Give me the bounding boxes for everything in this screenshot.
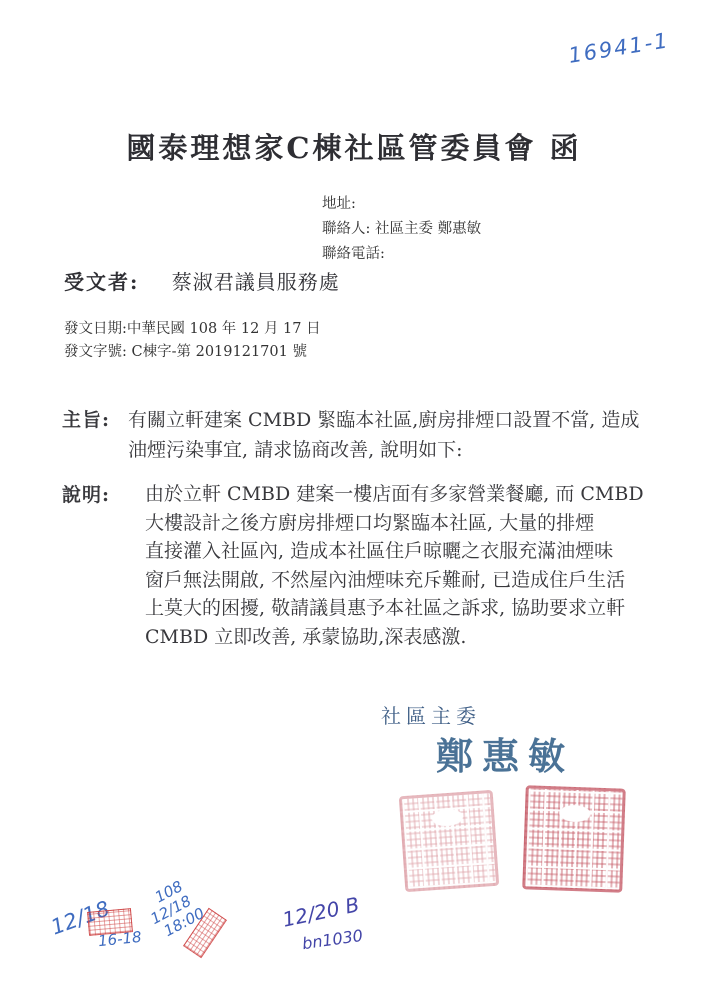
recipient-line: 受文者: 蔡淑君議員服務處	[64, 266, 340, 295]
address-line: 地址:	[322, 192, 481, 217]
subject-label: 主旨:	[62, 405, 110, 432]
recipient-label: 受文者:	[64, 270, 139, 294]
doc-number-line: 發文字號: C棟字-第 2019121701 號	[64, 341, 321, 364]
subject-text: 有關立軒建案 CMBD 緊臨本社區,廚房排煙口設置不當, 造成 油煙污染事宜, …	[128, 405, 639, 465]
subject-section: 主旨: 有關立軒建案 CMBD 緊臨本社區,廚房排煙口設置不當, 造成 油煙污染…	[62, 405, 639, 465]
letter-title: 國泰理想家C棟社區管委員會 函	[0, 126, 708, 167]
body-line: CMBD 立即改善, 承蒙協助,深表感激.	[145, 623, 644, 652]
body-line: 窗戶無法開啟, 不然屋內油煙味充斥難耐, 已造成住戶生活	[145, 566, 644, 595]
explanation-label: 說明:	[62, 480, 110, 507]
body-line: 上莫大的困擾, 敬請議員惠予本社區之訴求, 協助要求立軒	[145, 594, 644, 623]
handwritten-middle-note-scribble: bn1030	[301, 926, 364, 953]
subject-line: 有關立軒建案 CMBD 緊臨本社區,廚房排煙口設置不當, 造成	[128, 405, 639, 435]
red-name-stamp	[87, 908, 133, 936]
scanned-letter-page: 16941-1 國泰理想家C棟社區管委員會 函 地址: 聯絡人: 社區主委 鄭惠…	[0, 0, 708, 1000]
subject-line: 油煙污染事宜, 請求協商改善, 說明如下:	[128, 435, 639, 465]
handwritten-file-number: 16941-1	[567, 28, 671, 68]
handwritten-middle-note-date: 12/20 B	[280, 892, 361, 932]
contact-person-line: 聯絡人: 社區主委 鄭惠敏	[322, 217, 481, 242]
signer-title: 社區主委	[381, 700, 481, 729]
document-meta: 發文日期:中華民國 108 年 12 月 17 日 發文字號: C棟字-第 20…	[64, 318, 321, 364]
explanation-text: 由於立軒 CMBD 建案一樓店面有多家營業餐廳, 而 CMBD 大樓設計之後方廚…	[145, 480, 644, 651]
body-line: 直接灌入社區內, 造成本社區住戶晾曬之衣服充滿油煙味	[145, 537, 644, 566]
signer-name: 鄭惠敏	[436, 726, 574, 780]
red-square-seal-faint	[399, 790, 499, 892]
explanation-section: 說明: 由於立軒 CMBD 建案一樓店面有多家營業餐廳, 而 CMBD 大樓設計…	[62, 480, 644, 651]
red-square-seal-dark	[522, 785, 626, 892]
body-line: 大樓設計之後方廚房排煙口均緊臨本社區, 大量的排煙	[145, 509, 644, 538]
issue-date-line: 發文日期:中華民國 108 年 12 月 17 日	[64, 318, 321, 341]
contact-block: 地址: 聯絡人: 社區主委 鄭惠敏 聯絡電話:	[322, 192, 481, 267]
contact-phone-line: 聯絡電話:	[322, 242, 481, 267]
recipient-value: 蔡淑君議員服務處	[172, 270, 340, 294]
body-line: 由於立軒 CMBD 建案一樓店面有多家營業餐廳, 而 CMBD	[145, 480, 644, 509]
